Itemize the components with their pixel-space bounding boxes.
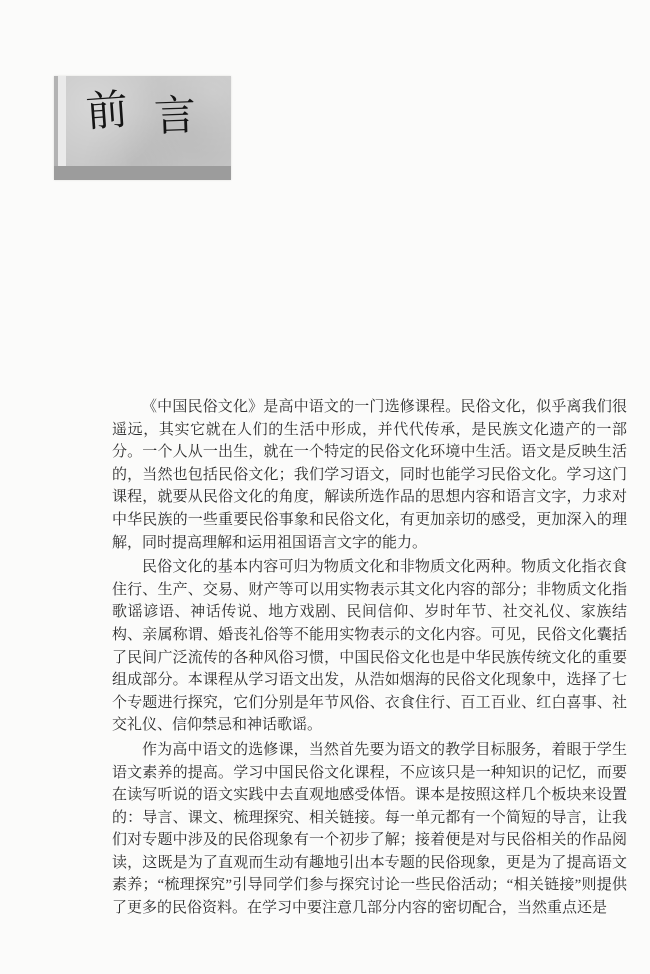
- book-preface-page: 前 言 《中国民俗文化》是高中语文的一门选修课程。民俗文化，似乎离我们很遥远，其…: [0, 0, 650, 974]
- preface-header-plate: 前 言: [54, 76, 231, 180]
- preface-title-char-qian: 前: [85, 90, 130, 135]
- paragraph-course-structure: 作为高中语文的选修课，当然首先要为语文的教学目标服务，着眼于学生语文素养的提高。…: [112, 739, 627, 920]
- paragraph-folk-culture-content: 民俗文化的基本内容可归为物质文化和非物质文化两种。物质文化指衣食住行、生产、交易…: [112, 556, 627, 737]
- plate-bottom-bar: [54, 166, 231, 180]
- paragraph-course-intro: 《中国民俗文化》是高中语文的一门选修课程。民俗文化，似乎离我们很遥远，其实它就在…: [112, 396, 627, 554]
- plate-light-stripe: [58, 76, 66, 166]
- preface-body-text: 《中国民俗文化》是高中语文的一门选修课程。民俗文化，似乎离我们很遥远，其实它就在…: [112, 396, 627, 922]
- preface-title-char-yan: 言: [153, 95, 196, 138]
